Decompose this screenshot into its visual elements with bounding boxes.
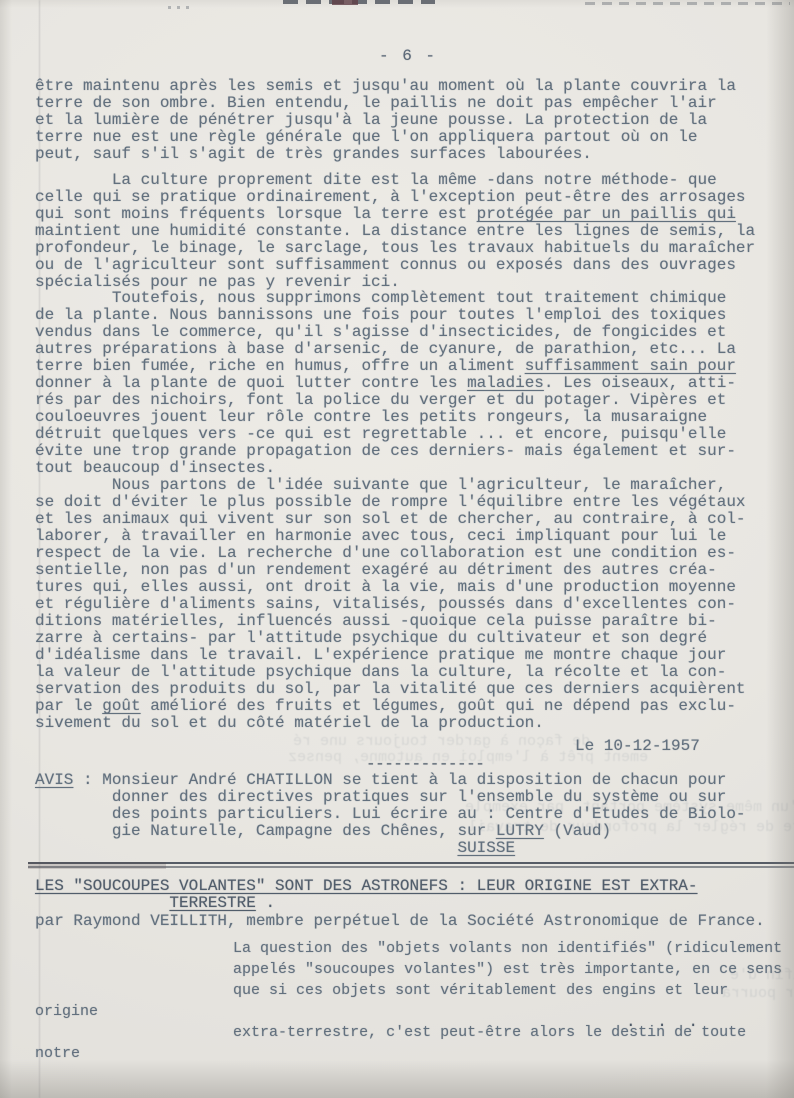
paragraph-text: maintient une humidité constante. La dis… (35, 222, 755, 291)
avis-place: LUTRY (496, 822, 544, 840)
page-number: - 6 - (0, 48, 794, 65)
paragraph-text: donner à la plante de quoi lutter contre… (35, 374, 467, 392)
underlined-phrase: maladies (467, 374, 544, 392)
article-byline: par Raymond VEILLITH, membre perpétuel d… (35, 913, 793, 930)
underlined-phrase: goût (102, 697, 140, 715)
paragraph-equilibre: Nous partons de l'idée suivante que l'ag… (35, 477, 791, 732)
underlined-phrase: suffisamment sain pour (525, 357, 736, 375)
underlined-phrase: protégée par un paillis qui (477, 205, 736, 223)
continuation-dots: . . . (626, 1014, 704, 1031)
double-rule-separator (28, 862, 794, 869)
article-title: LES "SOUCOUPES VOLANTES" SONT DES ASTRON… (35, 878, 793, 912)
scan-artifact-top (283, 0, 435, 4)
avis-text: : Monsieur André CHATILLON se tient à la… (35, 771, 746, 840)
scan-artifact-top-red (332, 0, 358, 5)
article-title-line1: LES "SOUCOUPES VOLANTES" SONT DES ASTRON… (35, 877, 698, 895)
avis-country: SUISSE (457, 839, 515, 857)
paragraph-toutefois: Toutefois, nous supprimons complètement … (35, 290, 791, 477)
scan-artifact-top-right (585, 2, 790, 5)
paragraph-text: Nous partons de l'idée suivante que l'ag… (35, 476, 746, 715)
paragraph-continuation: être maintenu après les semis et jusqu'a… (35, 78, 791, 163)
scan-artifact-dots (168, 6, 190, 9)
title-period: . (256, 894, 275, 912)
paragraph-ufo-intro: La question des "objets volants non iden… (35, 938, 793, 1064)
paragraph-text: amélioré des fruits et légumes, goût qui… (35, 697, 736, 732)
bleedthrough-text: de façon à garder toujours une ré (293, 734, 590, 750)
avis-label: AVIS (35, 771, 73, 789)
title-indent (35, 894, 169, 912)
paragraph-culture: La culture proprement dite est la même -… (35, 172, 791, 291)
article-title-line2: TERRESTRE (169, 894, 255, 912)
avis-notice: AVIS : Monsieur André CHATILLON se tient… (35, 772, 791, 857)
scanned-document-page: de façon à garder toujours une ré ement … (0, 0, 794, 1098)
date-line: Le 10-12-1957 (575, 738, 700, 755)
